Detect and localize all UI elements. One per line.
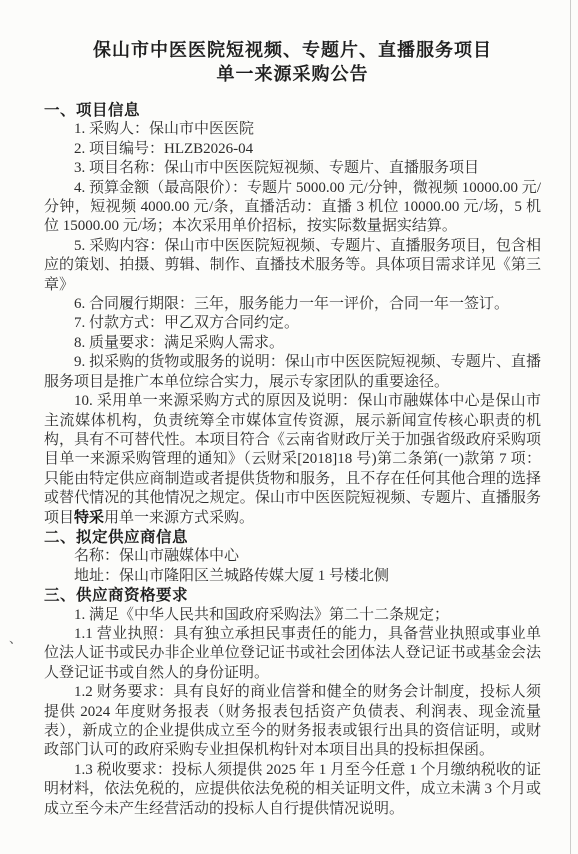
document-content: 保山市中医医院短视频、专题片、直播服务项目 单一来源采购公告 一、项目信息 1.… <box>44 38 541 819</box>
scanned-document-page: 、 保山市中医医院短视频、专题片、直播服务项目 单一来源采购公告 一、项目信息 … <box>0 0 578 854</box>
section-3-item-1: 1. 满足《中华人民共和国政府采购法》第二十二条规定； <box>44 606 541 625</box>
section-1-item-9: 9. 拟采购的货物或服务的说明：保山市中医医院短视频、专题片、直播服务项目是推广… <box>44 353 541 392</box>
supplier-address-line: 地址：保山市隆阳区兰城路传媒大厦 1 号楼北侧 <box>44 567 541 586</box>
section-2-heading: 二、拟定供应商信息 <box>44 528 541 547</box>
section-1-item-5: 5. 采购内容：保山市中医医院短视频、专题片、直播服务项目，包含相应的策划、拍摄… <box>44 237 541 295</box>
section-1-item-10: 10. 采用单一来源采购方式的原因及说明：保山市融媒体中心是保山市主流媒体机构，… <box>44 392 541 528</box>
section-1-item-4: 4. 预算金额（最高限价）：专题片 5000.00 元/分钟，微视频 10000… <box>44 179 541 237</box>
section-1-item-10-text: 10. 采用单一来源采购方式的原因及说明：保山市融媒体中心是保山市主流媒体机构，… <box>44 393 541 525</box>
stray-ink-mark: 、 <box>9 628 22 647</box>
section-1-heading: 一、项目信息 <box>44 101 541 120</box>
section-3-item-1-1: 1.1 营业执照：具有独立承担民事责任的能力，具备营业执照或事业单位法人证书或民… <box>44 625 541 683</box>
section-1-item-3: 3. 项目名称：保山市中医医院短视频、专题片、直播服务项目 <box>44 159 541 178</box>
section-1-item-8: 8. 质量要求：满足采购人需求。 <box>44 334 541 353</box>
section-1-item-2: 2. 项目编号：HLZB2026-04 <box>44 140 541 159</box>
section-1-item-10-text-after: 用单一来源方式采购。 <box>104 510 254 526</box>
section-3-item-1-3: 1.3 税收要求：投标人须提供 2025 年 1 月至今任意 1 个月缴纳税收的… <box>44 761 541 819</box>
supplier-name-line: 名称：保山市融媒体中心 <box>44 547 541 566</box>
section-1-item-1: 1. 采购人：保山市中医医院 <box>44 120 541 139</box>
title-line-2: 单一来源采购公告 <box>44 62 541 86</box>
document-title: 保山市中医医院短视频、专题片、直播服务项目 单一来源采购公告 <box>44 38 541 86</box>
section-3-heading: 三、供应商资格要求 <box>44 586 541 605</box>
section-3-item-1-2: 1.2 财务要求：具有良好的商业信誉和健全的财务会计制度，投标人须提供 2024… <box>44 683 541 761</box>
scan-artifact-line <box>570 0 571 854</box>
title-line-1: 保山市中医医院短视频、专题片、直播服务项目 <box>44 38 541 62</box>
section-1-item-7: 7. 付款方式：甲乙双方合同约定。 <box>44 314 541 333</box>
section-1-item-10-bold-text: 特采 <box>74 510 104 526</box>
section-1-item-6: 6. 合同履行期限：三年，服务能力一年一评价，合同一年一签订。 <box>44 295 541 314</box>
